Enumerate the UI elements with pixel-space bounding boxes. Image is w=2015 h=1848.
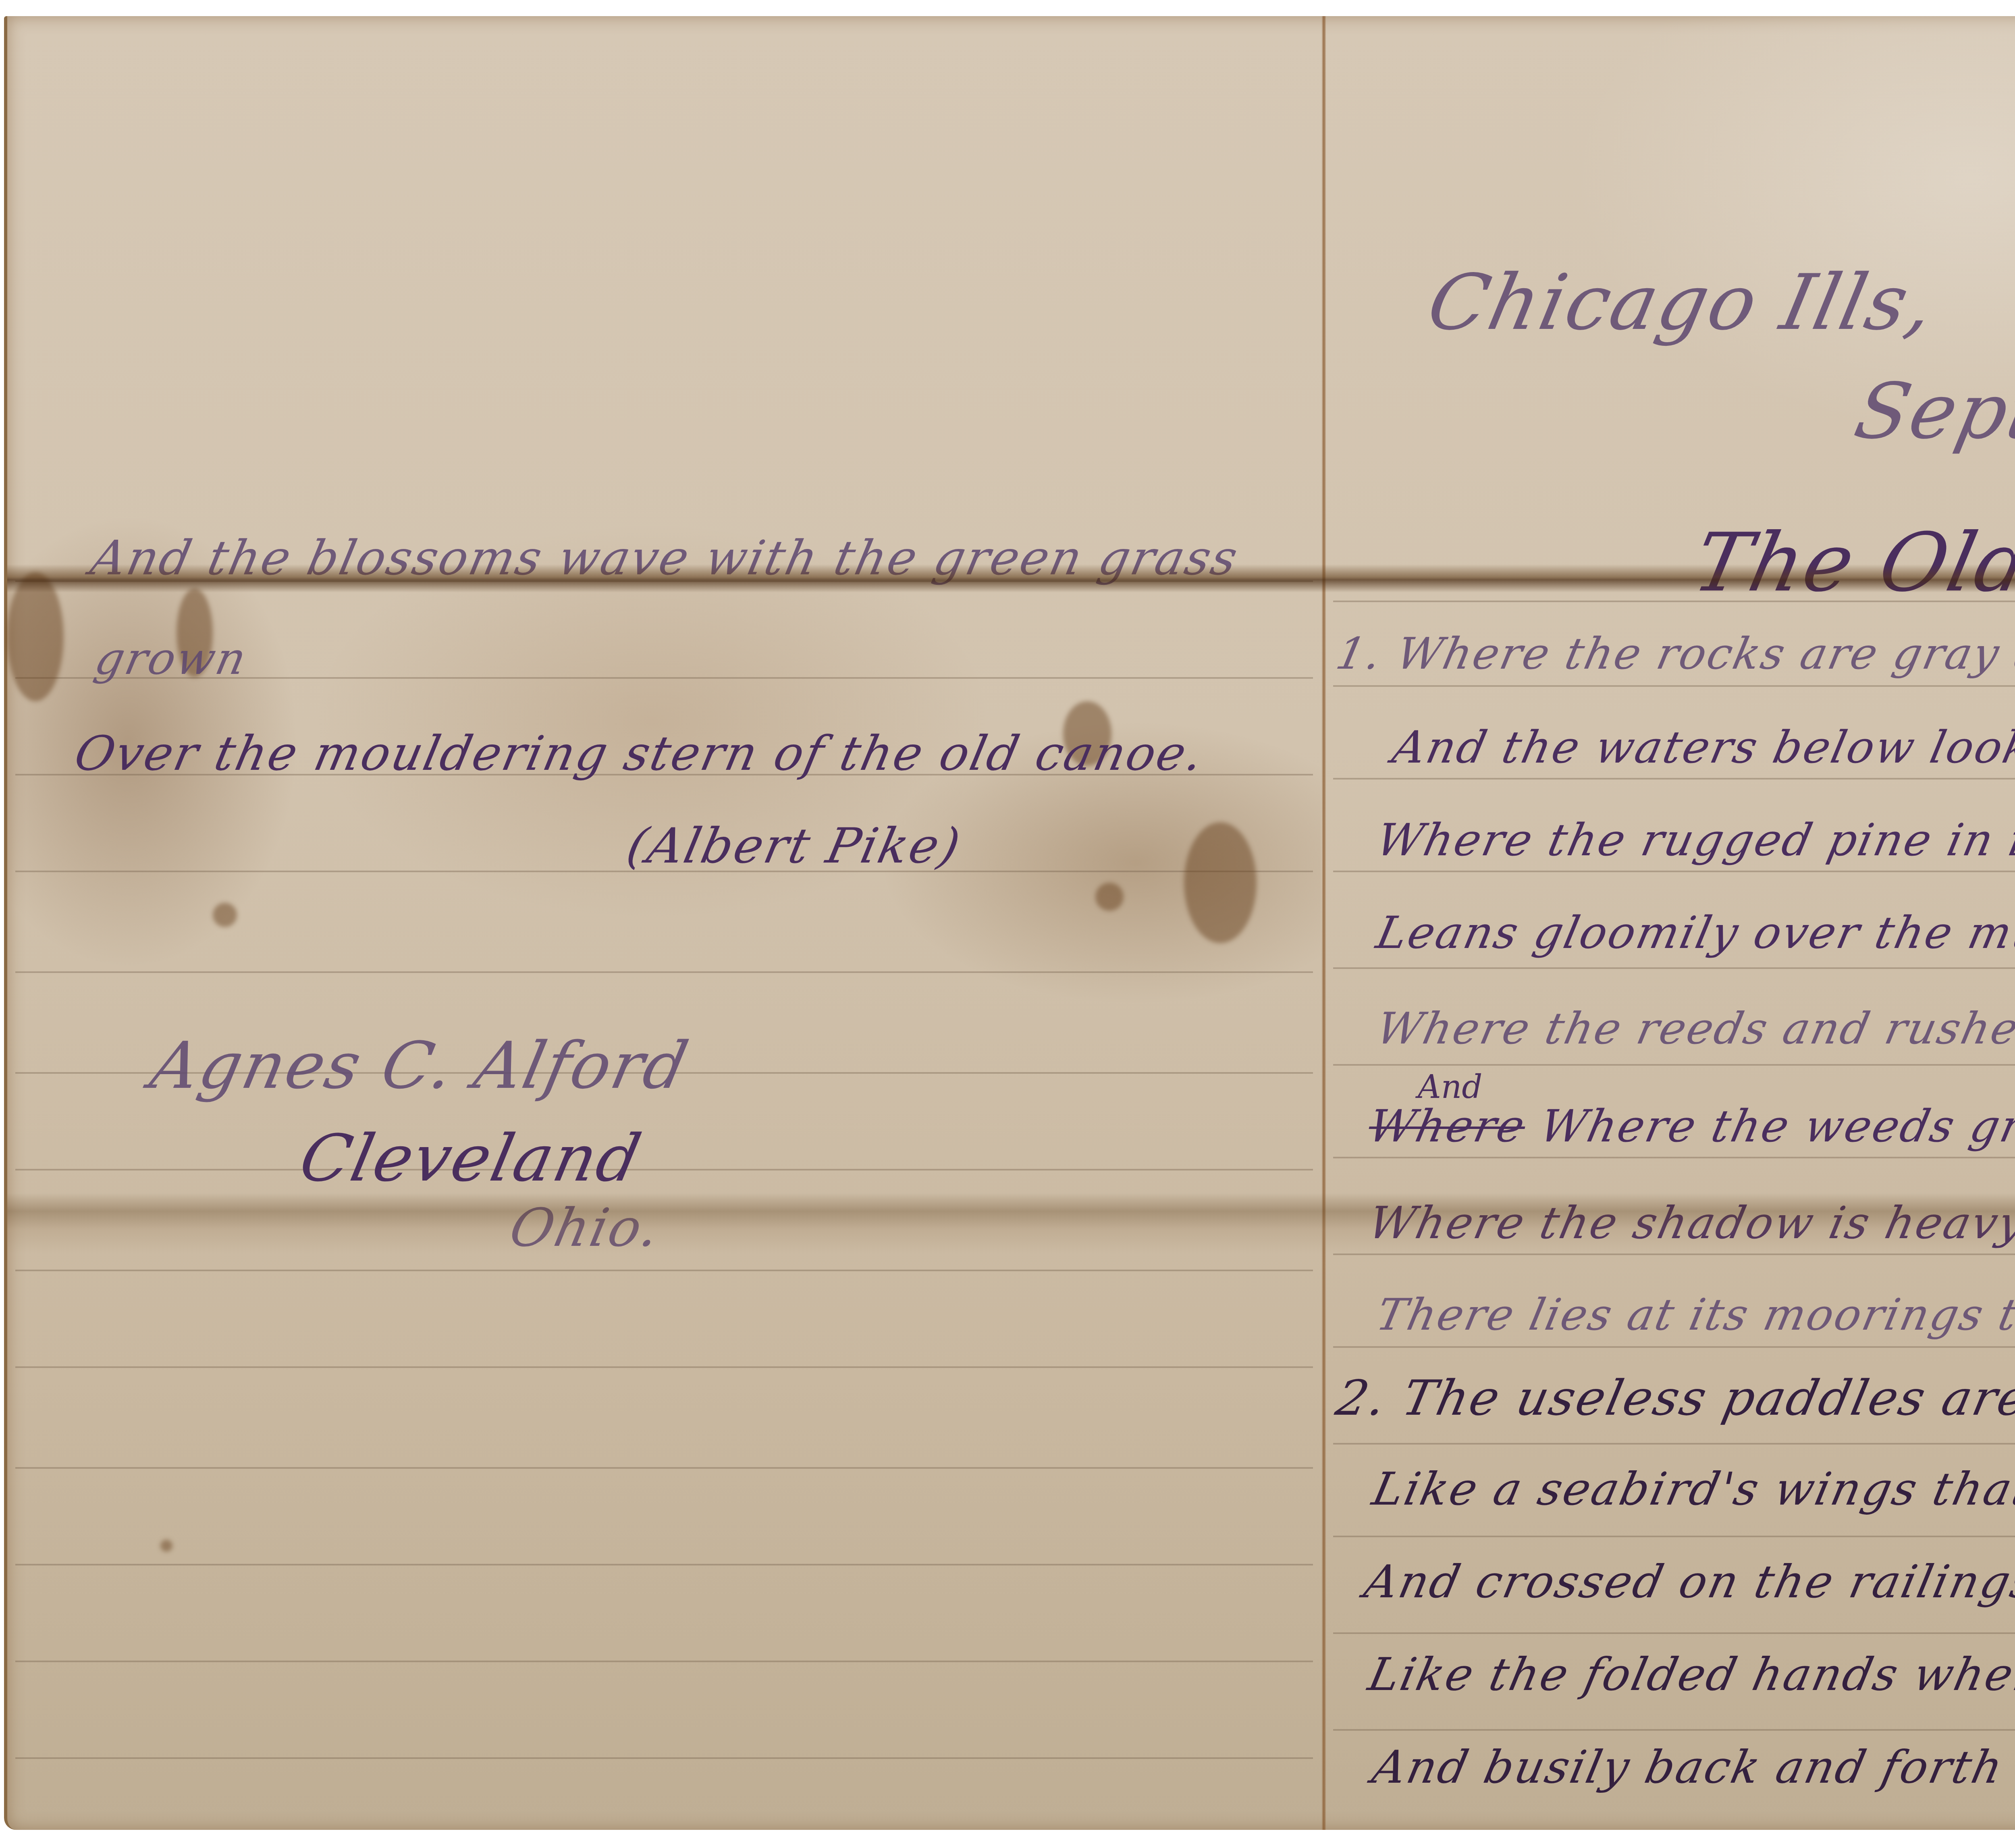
ruled-line [1333, 1632, 2015, 1634]
poem-attribution: (Albert Pike) [622, 818, 966, 874]
ruled-line [15, 1366, 1313, 1368]
letter-sheet: And the blossoms wave with the green gra… [4, 16, 2015, 1830]
stanza-1-line-5: Where the reeds and rushes are long and … [1372, 1004, 2015, 1054]
ruled-line [1333, 1536, 2015, 1537]
stanza-2-number: 2. [1331, 1370, 1392, 1426]
correction-struck-where: Where [1364, 1100, 1531, 1152]
ruled-line [1333, 967, 2015, 969]
letter-date: September 20th [1848, 367, 2015, 456]
stanza-2-line-5: And busily back and forth between [1368, 1741, 2015, 1794]
signature-name: Agnes C. Alford [144, 1028, 696, 1103]
ruled-line [1333, 778, 2015, 780]
horizontal-fold-lower [7, 1193, 2015, 1253]
letter-place: Chicago Ills, [1421, 258, 1944, 347]
stanza-1-number: 1. [1332, 629, 1388, 679]
poem-title: The Old Canoe. [1686, 516, 2015, 610]
horizontal-fold-upper [7, 564, 2015, 592]
ink-stain [1184, 822, 1257, 943]
ruled-line [1333, 1253, 2015, 1255]
ruled-line [1333, 1064, 2015, 1066]
stanza-2-line-1: The useless paddles are idly dropped [1398, 1370, 2015, 1426]
ruled-line [15, 1169, 1313, 1170]
ruled-line [15, 1270, 1313, 1271]
ink-stain [213, 903, 237, 927]
left-page: And the blossoms wave with the green gra… [7, 16, 1321, 1830]
ruled-line [1333, 685, 2015, 687]
ruled-line [15, 1564, 1313, 1565]
stanza-1-line-4: Leans gloomily over the murky tide [1372, 907, 2015, 958]
stanza-2-line-2: Like a seabird's wings that the storm ha… [1368, 1463, 2015, 1515]
ruled-line [1333, 871, 2015, 872]
stanza-1-line-8: There lies at its moorings the old canoe… [1372, 1290, 2015, 1340]
signature-city: Cleveland [293, 1120, 648, 1196]
poem-closing-line-2: grown [90, 633, 252, 684]
poem-closing-line-3: Over the mouldering stern of the old can… [70, 725, 1209, 781]
ruled-line [1333, 1443, 2015, 1445]
ruled-line [1333, 1729, 2015, 1731]
stanza-1-line-2: And the waters below look dark and deep, [1388, 721, 2015, 773]
right-page: Chicago Ills, September 20th 77. The Old… [1325, 16, 2015, 1830]
stanza-1-line-1: Where the rocks are gray and the shore i… [1392, 629, 2015, 679]
ruled-line [15, 971, 1313, 973]
stanza-2-line-4: Like the folded hands when the work is d… [1364, 1648, 2015, 1701]
stanza-1-line-6: Where the weeds grow thick on the windin… [1535, 1100, 2015, 1152]
ink-stain [160, 1540, 172, 1552]
stanza-1-line-3: Where the rugged pine in its lonely prid… [1372, 814, 2015, 866]
ruled-line [1333, 1346, 2015, 1348]
stanza-2-line-3: And crossed on the railings one over one [1360, 1556, 2015, 1608]
ruled-line [15, 1661, 1313, 1662]
stanza-1-line-6-wrapper: Where Where the weeds grow thick on the … [1364, 1100, 2015, 1152]
ruled-line [15, 1467, 1313, 1469]
ruled-line [15, 1757, 1313, 1759]
ruled-line [1333, 1157, 2015, 1158]
ink-stain [1095, 883, 1124, 911]
